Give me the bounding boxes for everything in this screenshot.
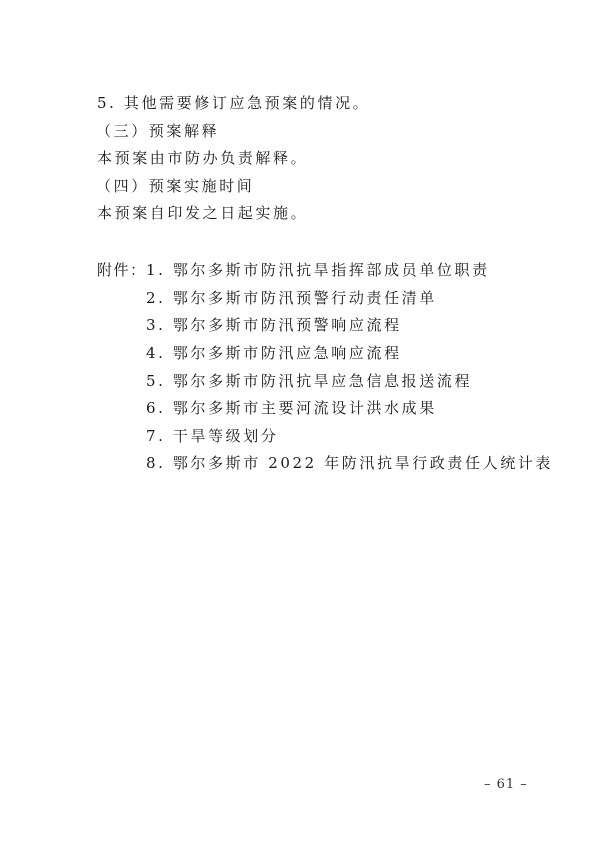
- page-number: – 61 –: [484, 777, 528, 793]
- appendix-item: 4. 鄂尔多斯市防汛应急响应流程: [146, 343, 402, 363]
- appendix-item: 7. 干旱等级划分: [146, 426, 278, 446]
- section-heading-effective-date: （四）预案实施时间: [96, 176, 254, 196]
- appendix-label: 附件：: [97, 260, 147, 280]
- appendix-item: 8. 鄂尔多斯市 2022 年防汛抗旱行政责任人统计表: [146, 453, 553, 473]
- appendix-item: 3. 鄂尔多斯市防汛预警响应流程: [146, 315, 402, 335]
- section-heading-interpretation: （三）预案解释: [96, 121, 219, 141]
- appendix-item: 1. 鄂尔多斯市防汛抗旱指挥部成员单位职责: [146, 260, 490, 280]
- body-paragraph-interpretation: 本预案由市防办负责解释。: [97, 148, 308, 168]
- appendix-item: 6. 鄂尔多斯市主要河流设计洪水成果: [146, 398, 437, 418]
- appendix-item: 2. 鄂尔多斯市防汛预警行动责任清单: [146, 288, 437, 308]
- body-paragraph-effective-date: 本预案自印发之日起实施。: [97, 203, 308, 223]
- appendix-item: 5. 鄂尔多斯市防汛抗旱应急信息报送流程: [146, 371, 472, 391]
- body-paragraph-item-5: 5. 其他需要修订应急预案的情况。: [97, 93, 370, 113]
